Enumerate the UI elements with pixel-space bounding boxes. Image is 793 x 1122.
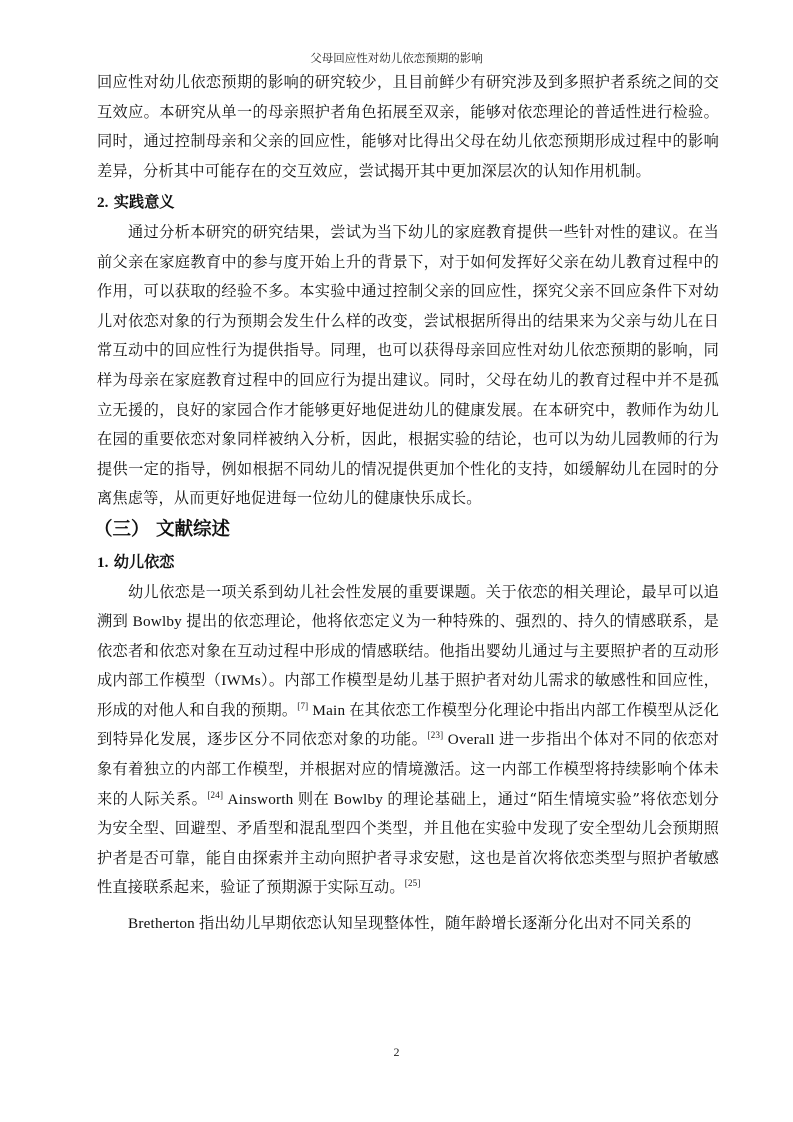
subheading-number: 1. (97, 554, 108, 571)
body-text: 回应性对幼儿依恋预期的影响的研究较少，且目前鲜少有研究涉及到多照护者系统之间的交… (97, 68, 719, 939)
text-run-latin: Bowlby (329, 791, 387, 808)
subheading-practical-significance: 2. 实践意义 (97, 188, 719, 218)
citation-7: [7] (297, 701, 308, 711)
text-run-latin: Bretherton (128, 915, 199, 932)
citation-24: [24] (207, 790, 223, 800)
text-run-latin: Ainsworth (223, 791, 298, 808)
text-run-latin: Overall (443, 731, 499, 748)
subheading-child-attachment: 1. 幼儿依恋 (97, 548, 719, 578)
text-run-latin: Main (308, 702, 349, 719)
text-run-latin: Bowlby (128, 613, 186, 630)
subheading-number: 2. (97, 194, 108, 211)
subheading-title: 实践意义 (114, 193, 175, 211)
page-number: 2 (0, 1045, 793, 1059)
text-run: 则在 (298, 790, 330, 808)
paragraph-child-attachment: 幼儿依恋是一项关系到幼儿社会性发展的重要课题。关于依恋的相关理论，最早可以追溯到… (97, 578, 719, 904)
text-run: 指出幼儿早期依恋认知呈现整体性，随年龄增长逐渐分化出对不同关系的 (199, 914, 691, 932)
paragraph-bretherton: Bretherton 指出幼儿早期依恋认知呈现整体性，随年龄增长逐渐分化出对不同… (97, 909, 719, 939)
paragraph-theoretical-significance-cont: 回应性对幼儿依恋预期的影响的研究较少，且目前鲜少有研究涉及到多照护者系统之间的交… (97, 68, 719, 186)
document-page: 父母回应性对幼儿依恋预期的影响 回应性对幼儿依恋预期的影响的研究较少，且目前鲜少… (0, 0, 793, 1122)
paragraph-practical-significance: 通过分析本研究的研究结果，尝试为当下幼儿的家庭教育提供一些针对性的建议。在当前父… (97, 218, 719, 514)
citation-23: [23] (428, 730, 444, 740)
section-heading-literature-review: （三） 文献综述 (94, 514, 719, 546)
running-header: 父母回应性对幼儿依恋预期的影响 (0, 51, 793, 65)
subheading-title: 幼儿依恋 (114, 553, 175, 571)
citation-25: [25] (405, 878, 421, 888)
text-run-latin: IWMs (221, 672, 261, 689)
